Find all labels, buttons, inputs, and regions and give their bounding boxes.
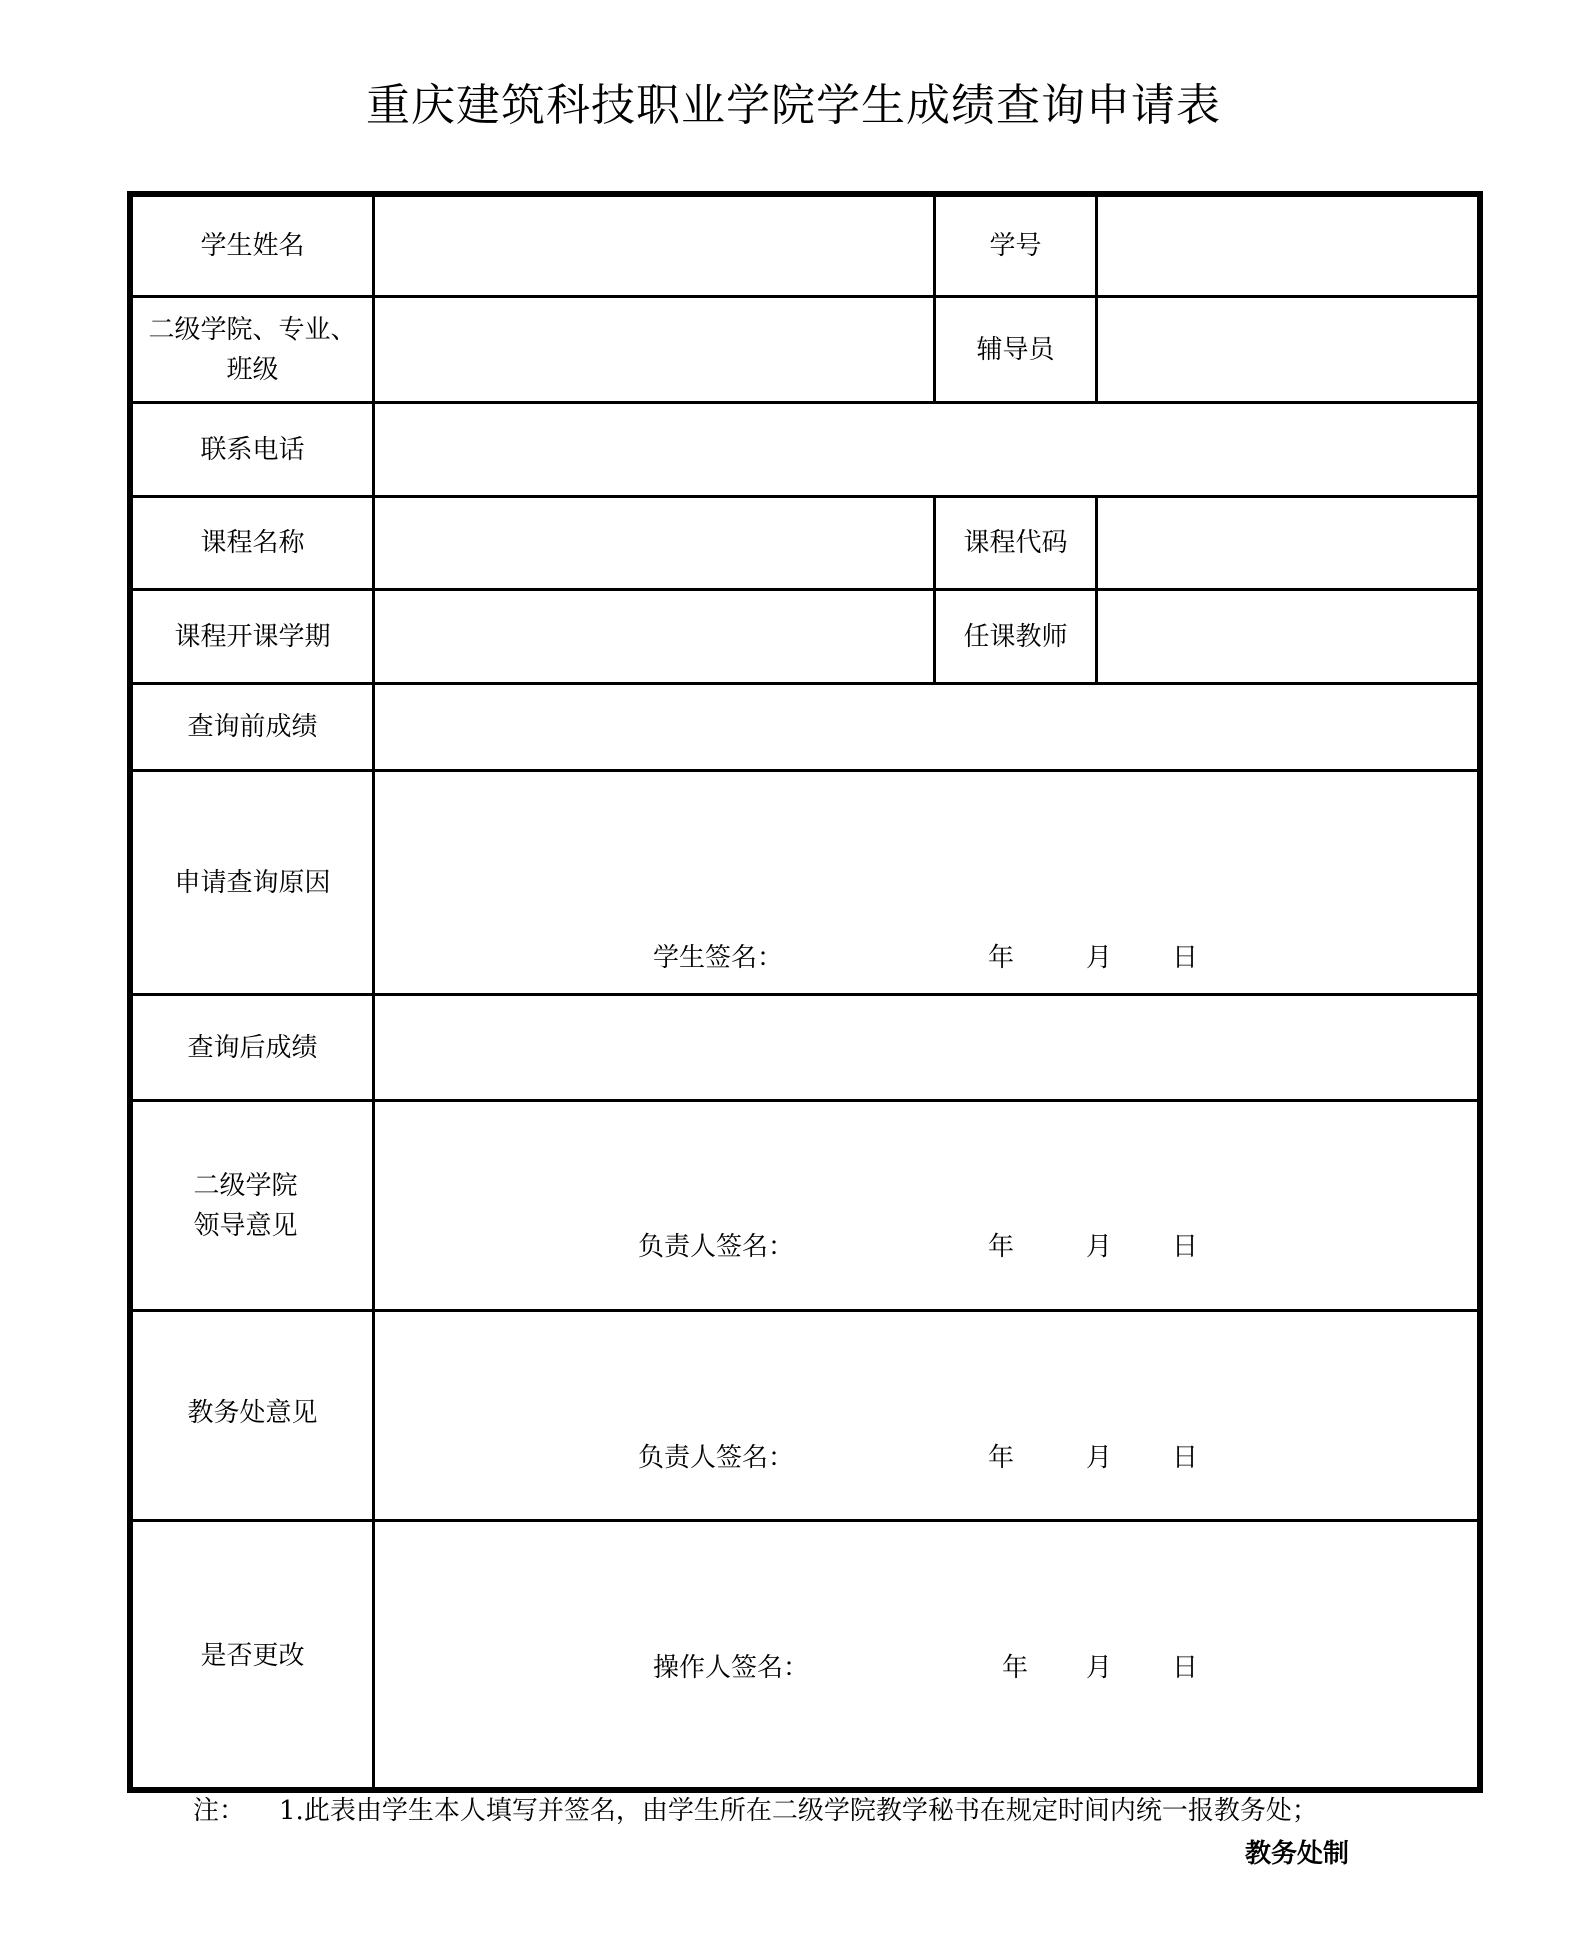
label-academic-office-opinion: 教务处意见 [133,1312,372,1519]
label-student-id: 学号 [936,197,1095,295]
course-code-field[interactable] [1098,498,1477,588]
college-signature-label: 负责人签名： [638,1230,794,1264]
operator-signature-label: 操作人签名： [653,1651,809,1685]
reason-field[interactable] [375,772,1477,993]
issuer-label: 教务处制 [1245,1837,1349,1871]
academic-office-date-year: 年 [988,1441,1014,1475]
student-name-field[interactable] [375,197,933,295]
label-course-name: 课程名称 [133,498,372,588]
label-college-opinion-line1: 二级学院 [193,1166,297,1206]
reason-date-day: 日 [1172,941,1198,975]
academic-office-opinion-field[interactable] [375,1312,1477,1519]
note-text: 1.此表由学生本人填写并签名，由学生所在二级学院教学秘书在规定时间内统一报教务处… [279,1796,1318,1826]
student-signature-label: 学生签名： [653,941,783,975]
label-course-code: 课程代码 [936,498,1095,588]
label-score-before: 查询前成绩 [133,685,372,769]
academic-office-date-month: 月 [1086,1441,1112,1475]
score-before-field[interactable] [375,685,1477,769]
label-college-major-class: 二级学院、专业、班级 [143,298,362,401]
score-after-field[interactable] [375,996,1477,1099]
reason-date-year: 年 [988,941,1014,975]
label-teacher: 任课教师 [936,591,1095,682]
form-note: 注：1.此表由学生本人填写并签名，由学生所在二级学院教学秘书在规定时间内统一报教… [193,1794,1318,1828]
course-semester-field[interactable] [375,591,933,682]
course-name-field[interactable] [375,498,933,588]
label-phone: 联系电话 [133,404,372,495]
label-counselor: 辅导员 [936,298,1095,401]
note-prefix: 注： [193,1796,245,1826]
changed-date-day: 日 [1172,1651,1198,1685]
label-course-semester: 课程开课学期 [133,591,372,682]
college-date-day: 日 [1172,1230,1198,1264]
student-id-field[interactable] [1098,197,1477,295]
counselor-field[interactable] [1098,298,1477,401]
label-college-opinion: 二级学院 领导意见 [133,1102,372,1309]
college-date-month: 月 [1086,1230,1112,1264]
label-score-after: 查询后成绩 [133,996,372,1099]
academic-office-date-day: 日 [1172,1441,1198,1475]
college-major-class-field[interactable] [375,298,933,401]
label-reason: 申请查询原因 [133,772,372,993]
page-title: 重庆建筑科技职业学院学生成绩查询申请表 [0,76,1587,136]
teacher-field[interactable] [1098,591,1477,682]
label-changed: 是否更改 [133,1522,372,1787]
phone-field[interactable] [375,404,1477,495]
college-date-year: 年 [988,1230,1014,1264]
college-opinion-field[interactable] [375,1102,1477,1309]
changed-field[interactable] [375,1522,1477,1787]
label-college-opinion-line2: 领导意见 [193,1206,297,1246]
reason-date-month: 月 [1086,941,1112,975]
changed-date-month: 月 [1086,1651,1112,1685]
label-student-name: 学生姓名 [133,197,372,295]
academic-office-signature-label: 负责人签名： [638,1441,794,1475]
changed-date-year: 年 [1002,1651,1028,1685]
